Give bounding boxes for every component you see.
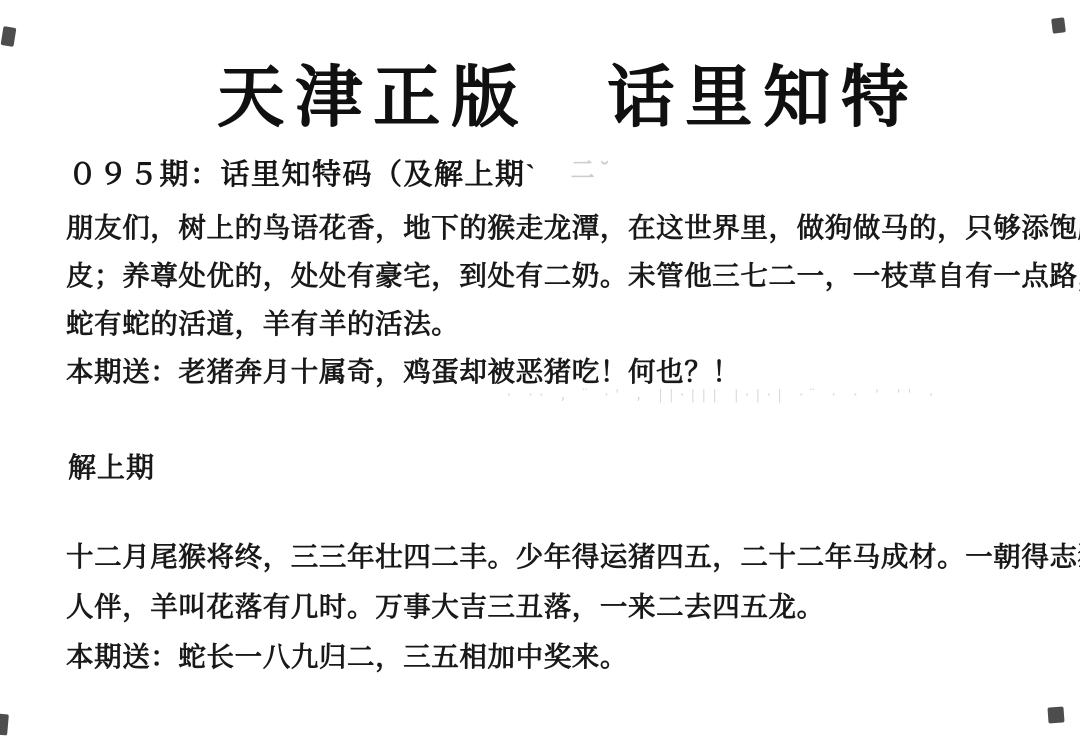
- verse-line: 蛇有蛇的活道，羊有羊的活法。: [66, 300, 1080, 348]
- verse-line-gift: 本期送：蛇长一八九归二，三五相加中奖来。: [66, 632, 1080, 682]
- verse-paragraph-previous: 十二月尾猴将终，三三年壮四二丰。少年得运猪四五，二十二年马成材。一朝得志狗 人伴…: [66, 532, 1080, 682]
- corner-scan-mark-top-right: [1051, 17, 1066, 33]
- verse-line: 朋友们，树上的鸟语花香，地下的猴走龙潭，在这世界里，做狗做马的，只够添饱肚: [66, 204, 1080, 252]
- issue-header-line: ０９５期：话里知特码（及解上期`二˘: [68, 152, 615, 193]
- corner-scan-mark-bottom-left: [0, 714, 9, 736]
- issue-header-text: ０９５期：话里知特码（及解上期`: [68, 159, 537, 191]
- section-heading-previous-issue: 解上期: [68, 446, 155, 486]
- issue-header-erased-trace: 二˘: [571, 150, 615, 185]
- corner-scan-mark-bottom-right: [1047, 706, 1064, 723]
- corner-scan-mark-top-left: [1, 26, 17, 47]
- erased-text-remnants: · ·· , ¨ ·' , ||·||| |·|·| ·¨ · · ' '' ·: [505, 388, 935, 403]
- verse-line: 人伴，羊叫花落有几时。万事大吉三丑落，一来二去四五龙。: [66, 582, 1080, 632]
- scanned-tip-sheet: 天津正版 话里知特 ０９５期：话里知特码（及解上期`二˘ 朋友们，树上的鸟语花香…: [0, 0, 1080, 739]
- masthead-title: 天津正版 话里知特: [28, 44, 1080, 140]
- verse-paragraph-current: 朋友们，树上的鸟语花香，地下的猴走龙潭，在这世界里，做狗做马的，只够添饱肚 皮；…: [66, 204, 1080, 396]
- verse-line: 十二月尾猴将终，三三年壮四二丰。少年得运猪四五，二十二年马成材。一朝得志狗: [66, 532, 1080, 582]
- verse-line: 皮；养尊处优的，处处有豪宅，到处有二奶。未管他三七二一，一枝草自有一点路，: [66, 252, 1080, 300]
